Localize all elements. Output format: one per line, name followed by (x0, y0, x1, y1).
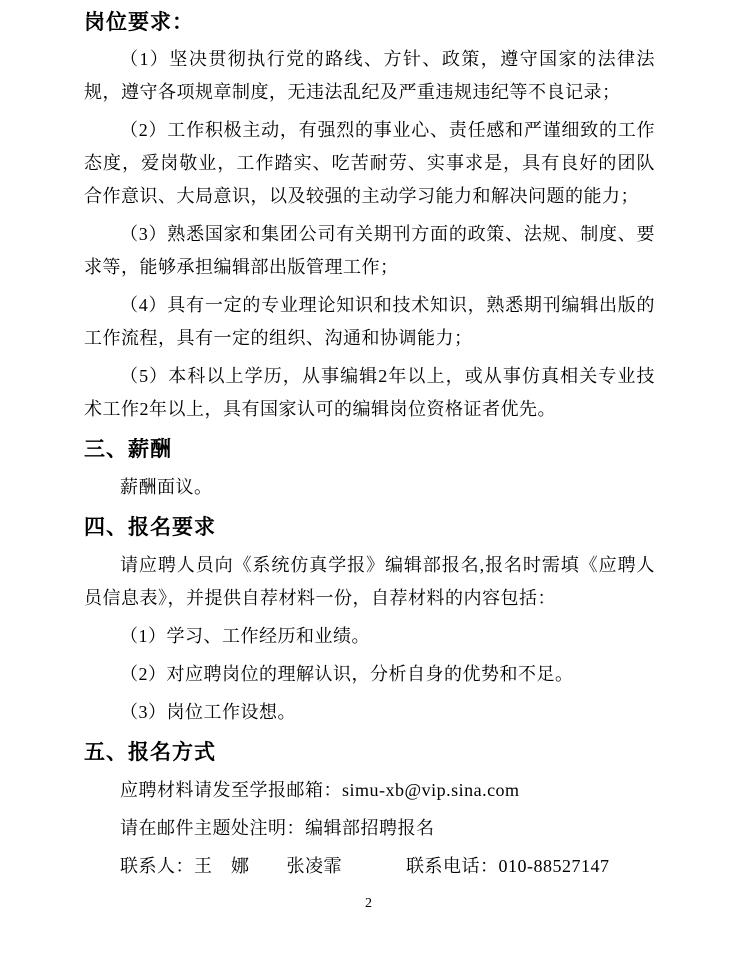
application-requirement-item-1: （1）学习、工作经历和业绩。 (84, 620, 655, 653)
job-requirement-item-3: （3）熟悉国家和集团公司有关期刊方面的政策、法规、制度、要求等，能够承担编辑部出… (84, 218, 655, 284)
section-heading-application-method: 五、报名方式 (84, 737, 655, 769)
contact-person: 联系人：王 娜 张凌霏 (120, 856, 342, 876)
application-requirements-intro: 请应聘人员向《系统仿真学报》编辑部报名,报名时需填《应聘人员信息表》，并提供自荐… (84, 549, 655, 615)
application-requirement-item-3: （3）岗位工作设想。 (84, 696, 655, 729)
section-heading-application-requirements: 四、报名要求 (84, 512, 655, 544)
job-requirement-item-2: （2）工作积极主动，有强烈的事业心、责任感和严谨细致的工作态度，爱岗敬业，工作踏… (84, 114, 655, 213)
document-page: 岗位要求： （1）坚决贯彻执行党的路线、方针、政策，遵守国家的法律法规，遵守各项… (0, 0, 737, 965)
contact-phone: 联系电话：010-88527147 (406, 856, 610, 876)
job-requirement-item-4: （4）具有一定的专业理论知识和技术知识，熟悉期刊编辑出版的工作流程，具有一定的组… (84, 289, 655, 355)
salary-text: 薪酬面议。 (84, 471, 655, 504)
application-email-line: 应聘材料请发至学报邮箱：simu-xb@vip.sina.com (84, 774, 655, 807)
application-requirement-item-2: （2）对应聘岗位的理解认识，分析自身的优势和不足。 (84, 658, 655, 691)
section-heading-salary: 三、薪酬 (84, 434, 655, 466)
application-subject-line: 请在邮件主题处注明：编辑部招聘报名 (84, 812, 655, 845)
page-number: 2 (0, 896, 737, 912)
job-requirement-item-1: （1）坚决贯彻执行党的路线、方针、政策，遵守国家的法律法规，遵守各项规章制度，无… (84, 43, 655, 109)
job-requirement-item-5: （5）本科以上学历，从事编辑2年以上，或从事仿真相关专业技术工作2年以上，具有国… (84, 360, 655, 426)
section-heading-job-requirements: 岗位要求： (84, 8, 655, 38)
contact-line: 联系人：王 娜 张凌霏联系电话：010-88527147 (84, 850, 655, 883)
